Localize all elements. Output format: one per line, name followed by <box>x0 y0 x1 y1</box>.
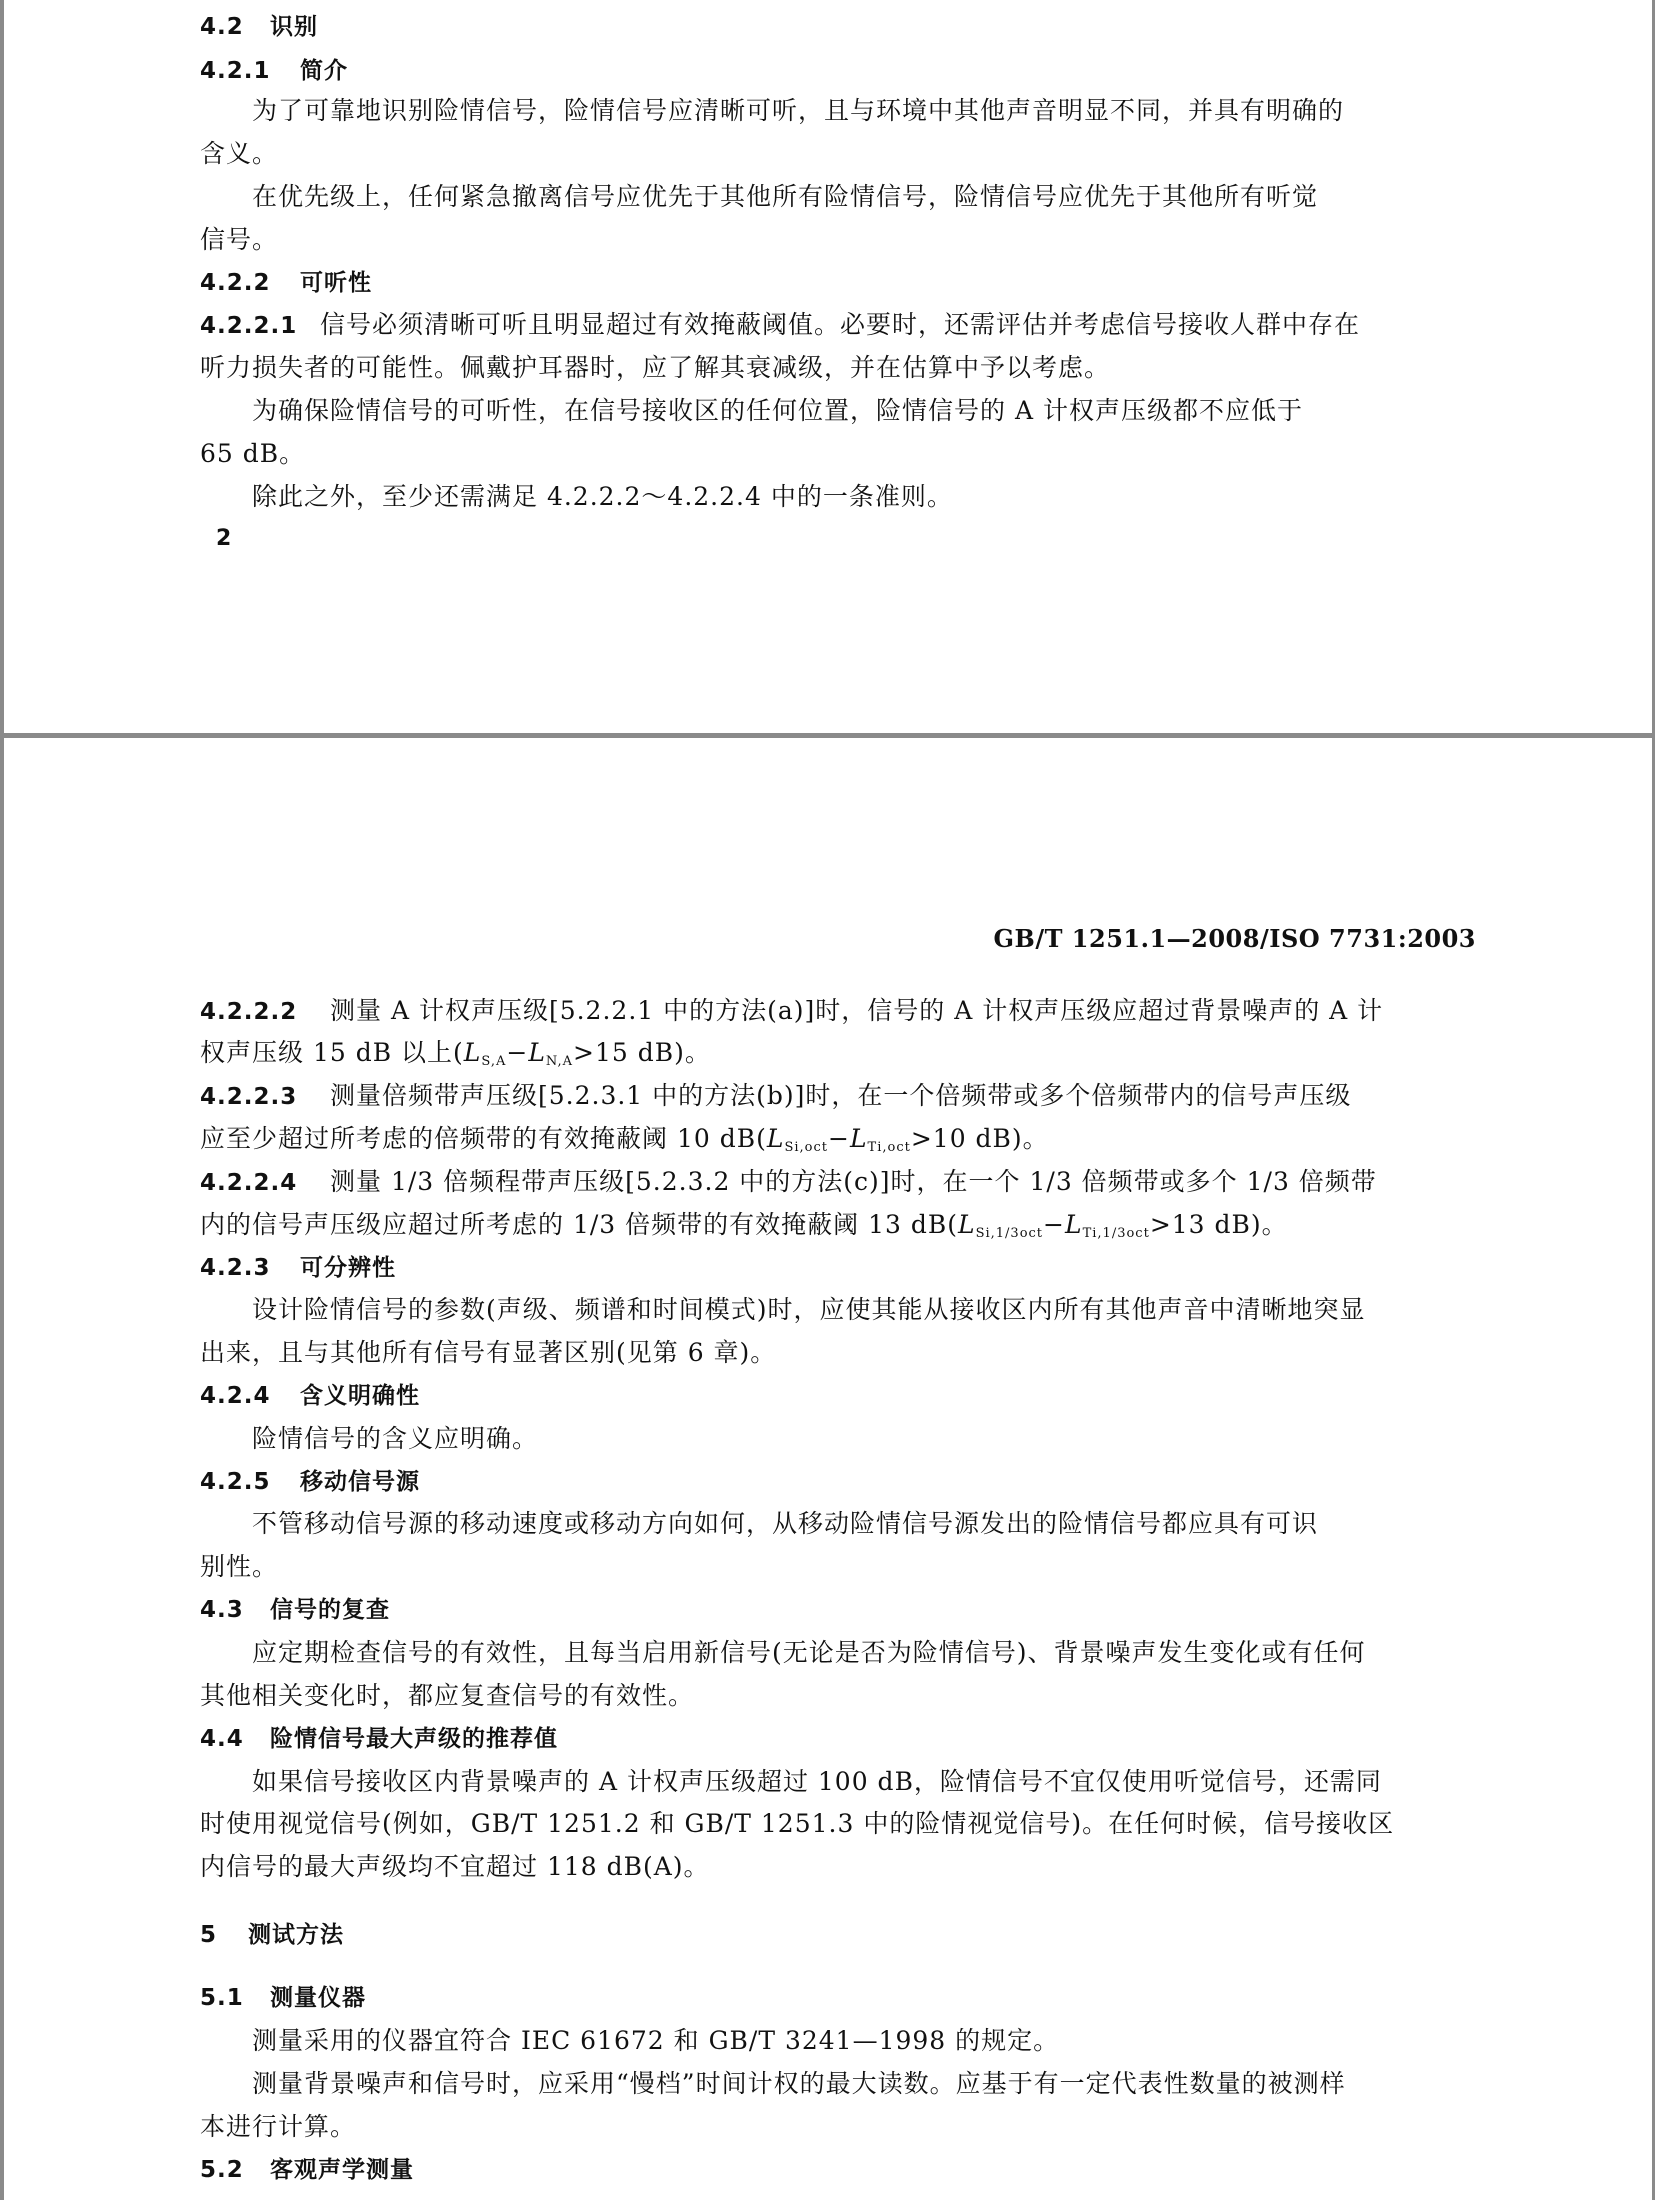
clause-4-2-2-2-line: 4.2.2.2测量 A 计权声压级[5.2.2.1 中的方法(a)]时，信号的 … <box>200 996 1383 1027</box>
section-heading-4-2-4: 4.2.4含义明确性 <box>200 1381 420 1411</box>
section-heading-4-2: 4.2识别 <box>200 12 318 42</box>
paragraph-line: 65 dB。 <box>200 439 305 469</box>
section-heading-5-1: 5.1测量仪器 <box>200 1983 366 2013</box>
section-heading-5-2: 5.2客观声学测量 <box>200 2155 414 2185</box>
paragraph-line: 为了可靠地识别险情信号，险情信号应清晰可听，且与环境中其他声音明显不同，并具有明… <box>252 96 1344 126</box>
section-heading-4-3: 4.3信号的复查 <box>200 1595 390 1625</box>
paragraph-line: 为确保险情信号的可听性，在信号接收区的任何位置，险情信号的 A 计权声压级都不应… <box>252 396 1303 426</box>
document-page-1: 4.2识别 4.2.1简介 为了可靠地识别险情信号，险情信号应清晰可听，且与环境… <box>4 0 1652 733</box>
paragraph-line: 如果信号接收区内背景噪声的 A 计权声压级超过 100 dB，险情信号不宜仅使用… <box>252 1767 1382 1797</box>
paragraph-line: 不管移动信号源的移动速度或移动方向如何，从移动险情信号源发出的险情信号都应具有可… <box>252 1509 1318 1539</box>
section-heading-4-2-5: 4.2.5移动信号源 <box>200 1467 420 1497</box>
clause-4-2-2-1-line: 4.2.2.1信号必须清晰可听且明显超过有效掩蔽阈值。必要时，还需评估并考虑信号… <box>200 310 1360 341</box>
paragraph-line: 险情信号的含义应明确。 <box>252 1424 538 1454</box>
paragraph-line: 设计险情信号的参数(声级、频谱和时间模式)时，应使其能从接收区内所有其他声音中清… <box>252 1295 1366 1325</box>
paragraph-line: 内信号的最大声级均不宜超过 118 dB(A)。 <box>200 1852 710 1882</box>
paragraph-line: 时使用视觉信号(例如，GB/T 1251.2 和 GB/T 1251.3 中的险… <box>200 1809 1394 1839</box>
section-heading-4-2-3: 4.2.3可分辨性 <box>200 1253 396 1283</box>
clause-4-2-2-3-formula-line: 应至少超过所考虑的倍频带的有效掩蔽阈 10 dB(LSi,oct−LTi,oct… <box>200 1124 1049 1154</box>
section-heading-4-4: 4.4险情信号最大声级的推荐值 <box>200 1724 558 1754</box>
page-number: 2 <box>216 526 231 551</box>
paragraph-line: 本进行计算。 <box>200 2112 356 2142</box>
section-heading-4-2-2: 4.2.2可听性 <box>200 268 372 298</box>
clause-4-2-2-3-line: 4.2.2.3测量倍频带声压级[5.2.3.1 中的方法(b)]时，在一个倍频带… <box>200 1081 1351 1112</box>
paragraph-line: 除此之外，至少还需满足 4.2.2.2～4.2.2.4 中的一条准则。 <box>252 482 953 512</box>
paragraph-line: 听力损失者的可能性。佩戴护耳器时，应了解其衰减级，并在估算中予以考虑。 <box>200 353 1110 383</box>
paragraph-line: 含义。 <box>200 139 278 169</box>
paragraph-line: 测量背景噪声和信号时，应采用“慢档”时间计权的最大读数。应基于有一定代表性数量的… <box>252 2069 1346 2099</box>
clause-4-2-2-4-formula-line: 内的信号声压级应超过所考虑的 1/3 倍频带的有效掩蔽阈 13 dB(LSi,1… <box>200 1210 1288 1240</box>
clause-4-2-2-2-formula-line: 权声压级 15 dB 以上(LS,A−LN,A>15 dB)。 <box>200 1038 711 1068</box>
section-heading-5: 5测试方法 <box>200 1920 344 1950</box>
paragraph-line: 其他相关变化时，都应复查信号的有效性。 <box>200 1681 694 1711</box>
clause-4-2-2-4-line: 4.2.2.4测量 1/3 倍频程带声压级[5.2.3.2 中的方法(c)]时，… <box>200 1167 1377 1198</box>
paragraph-line: 信号。 <box>200 225 278 255</box>
standard-header: GB/T 1251.1—2008/ISO 7731:2003 <box>994 924 1476 953</box>
paragraph-line: 应定期检查信号的有效性，且每当启用新信号(无论是否为险情信号)、背景噪声发生变化… <box>252 1638 1366 1668</box>
paragraph-line: 别性。 <box>200 1552 278 1582</box>
paragraph-line: 测量采用的仪器宜符合 IEC 61672 和 GB/T 3241—1998 的规… <box>252 2026 1059 2056</box>
paragraph-line: 在优先级上，任何紧急撤离信号应优先于其他所有险情信号，险情信号应优先于其他所有听… <box>252 182 1318 212</box>
section-heading-4-2-1: 4.2.1简介 <box>200 56 348 86</box>
paragraph-line: 出来，且与其他所有信号有显著区别(见第 6 章)。 <box>200 1338 776 1368</box>
document-page-2: GB/T 1251.1—2008/ISO 7731:2003 4.2.2.2测量… <box>4 738 1652 2200</box>
